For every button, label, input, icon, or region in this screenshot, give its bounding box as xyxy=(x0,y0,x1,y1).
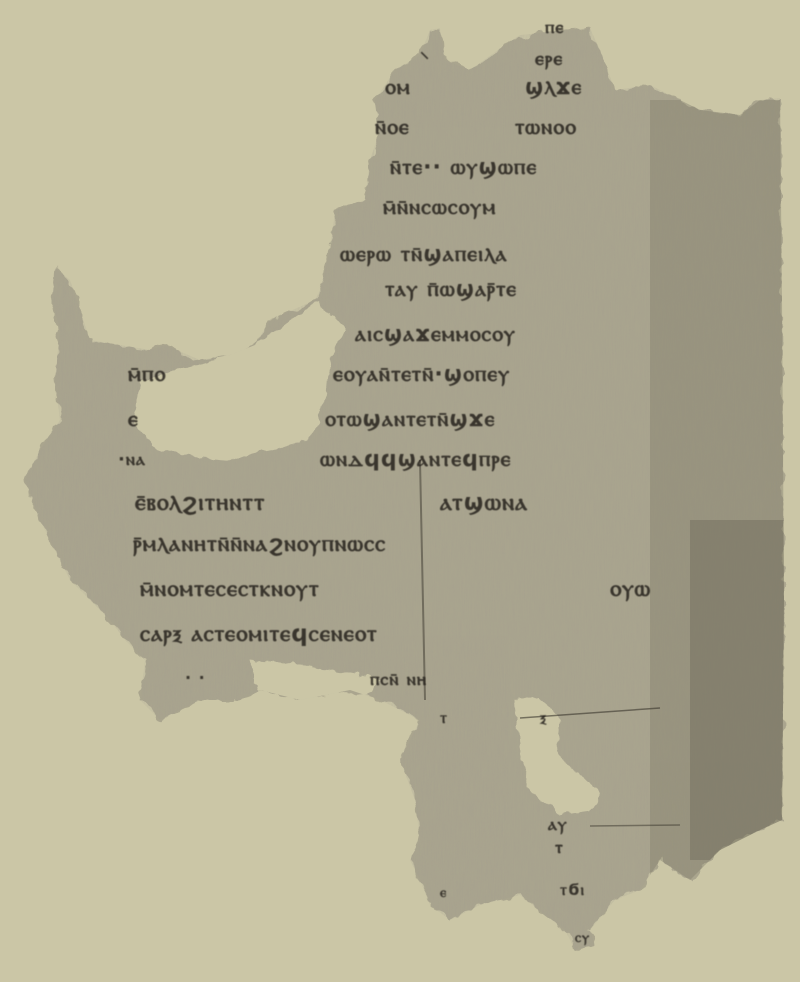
script-line: ⲉ xyxy=(128,407,139,432)
script-line: ⲡⲥⲛ̄ ⲛⲏ xyxy=(370,669,427,690)
papyrus-photo: ⲡⲉ⸌ⲉⲣⲉⲟⲙϣⲗϫⲉⲛ̄ⲟⲉⲧⲱⲛⲟⲟⲛ̄ⲧⲉ·· ⲱⲩϣⲱⲡⲉⲙ̄ⲛ̄ⲛⲥ… xyxy=(0,0,800,982)
script-line: ⲙ̄ⲛ̄ⲛⲥⲱⲥⲟⲩⲙ xyxy=(383,195,496,220)
script-line: ⲁⲧϣⲱⲛⲁ xyxy=(440,488,528,516)
script-line: ⲟⲙ xyxy=(385,75,411,100)
script-line: ⲉⲣⲉ xyxy=(535,46,563,70)
script-line: ⲧ xyxy=(555,837,564,858)
script-line: ⲉ xyxy=(440,885,447,901)
script-line: ⲱⲛⲇϥϥϣⲁⲛⲧⲉϥⲡⲣⲉ xyxy=(320,447,511,472)
script-line: ⲥⲩ xyxy=(575,930,590,946)
script-line: ⲧϭⲓ xyxy=(560,880,585,900)
script-line: ⲉ̄ⲃⲟⲗϩⲓⲧⲏⲛⲧⲧ xyxy=(135,488,265,516)
script-line: · · xyxy=(185,668,206,687)
script-line: ⲙ̄ⲡⲟ xyxy=(128,362,166,387)
script-line: ⲛ̄ⲟⲉ xyxy=(375,115,410,140)
script-line: ⲁⲩ xyxy=(548,814,568,835)
script-line: ⲁⲓⲥϣⲁϫⲉⲙⲙⲟⲥⲟⲩ xyxy=(355,322,516,347)
script-line: ⲧ xyxy=(440,708,448,728)
papyrus-fragment xyxy=(0,0,800,982)
script-line: ⲱⲉⲣⲱ ⲧⲛ̄ϣⲁⲡⲉⲓⲗⲁ xyxy=(340,242,508,267)
script-line: ⸌ xyxy=(420,47,430,71)
script-line: ϣⲗϫⲉ xyxy=(525,75,582,100)
script-line: ⲙ̄ⲛⲟⲙⲧⲉⲥⲉⲥⲧⲕⲛⲟⲩⲧ xyxy=(140,576,320,602)
script-line: ⲧⲱⲛⲟⲟ xyxy=(515,115,577,140)
script-line: ⲣ̄ⲙⲗⲁⲛⲏⲧⲛ̄ⲛ̄ⲛⲁϩⲛⲟⲩⲡⲛⲱⲥⲥ xyxy=(133,531,386,557)
script-line: ⲉⲟⲩⲁⲛ̄ⲧⲉⲧⲛ̄·ϣⲟⲡⲉⲩ xyxy=(333,362,510,387)
script-line: ⲡⲉ xyxy=(545,17,564,38)
script-line: ⲛ̄ⲧⲉ·· ⲱⲩϣⲱⲡⲉ xyxy=(390,155,537,180)
script-line: ⲧⲁⲩ ⲡ̄ⲱϣⲁⲣ̄ⲧⲉ xyxy=(385,277,517,302)
script-line: ⲥⲁⲣⲝ ⲁⲥⲧⲉⲟⲙⲓⲧⲉϥⲥⲉⲛⲉⲟⲧ xyxy=(140,621,378,647)
script-line: ⲟⲧⲱϣⲁⲛⲧⲉⲧⲛ̄ϣϫⲉ xyxy=(325,407,495,432)
script-line: ⲟⲩⲱ xyxy=(610,576,651,602)
script-line: ·ⲛⲁ xyxy=(118,449,146,470)
script-line: ⲝ xyxy=(540,708,547,728)
